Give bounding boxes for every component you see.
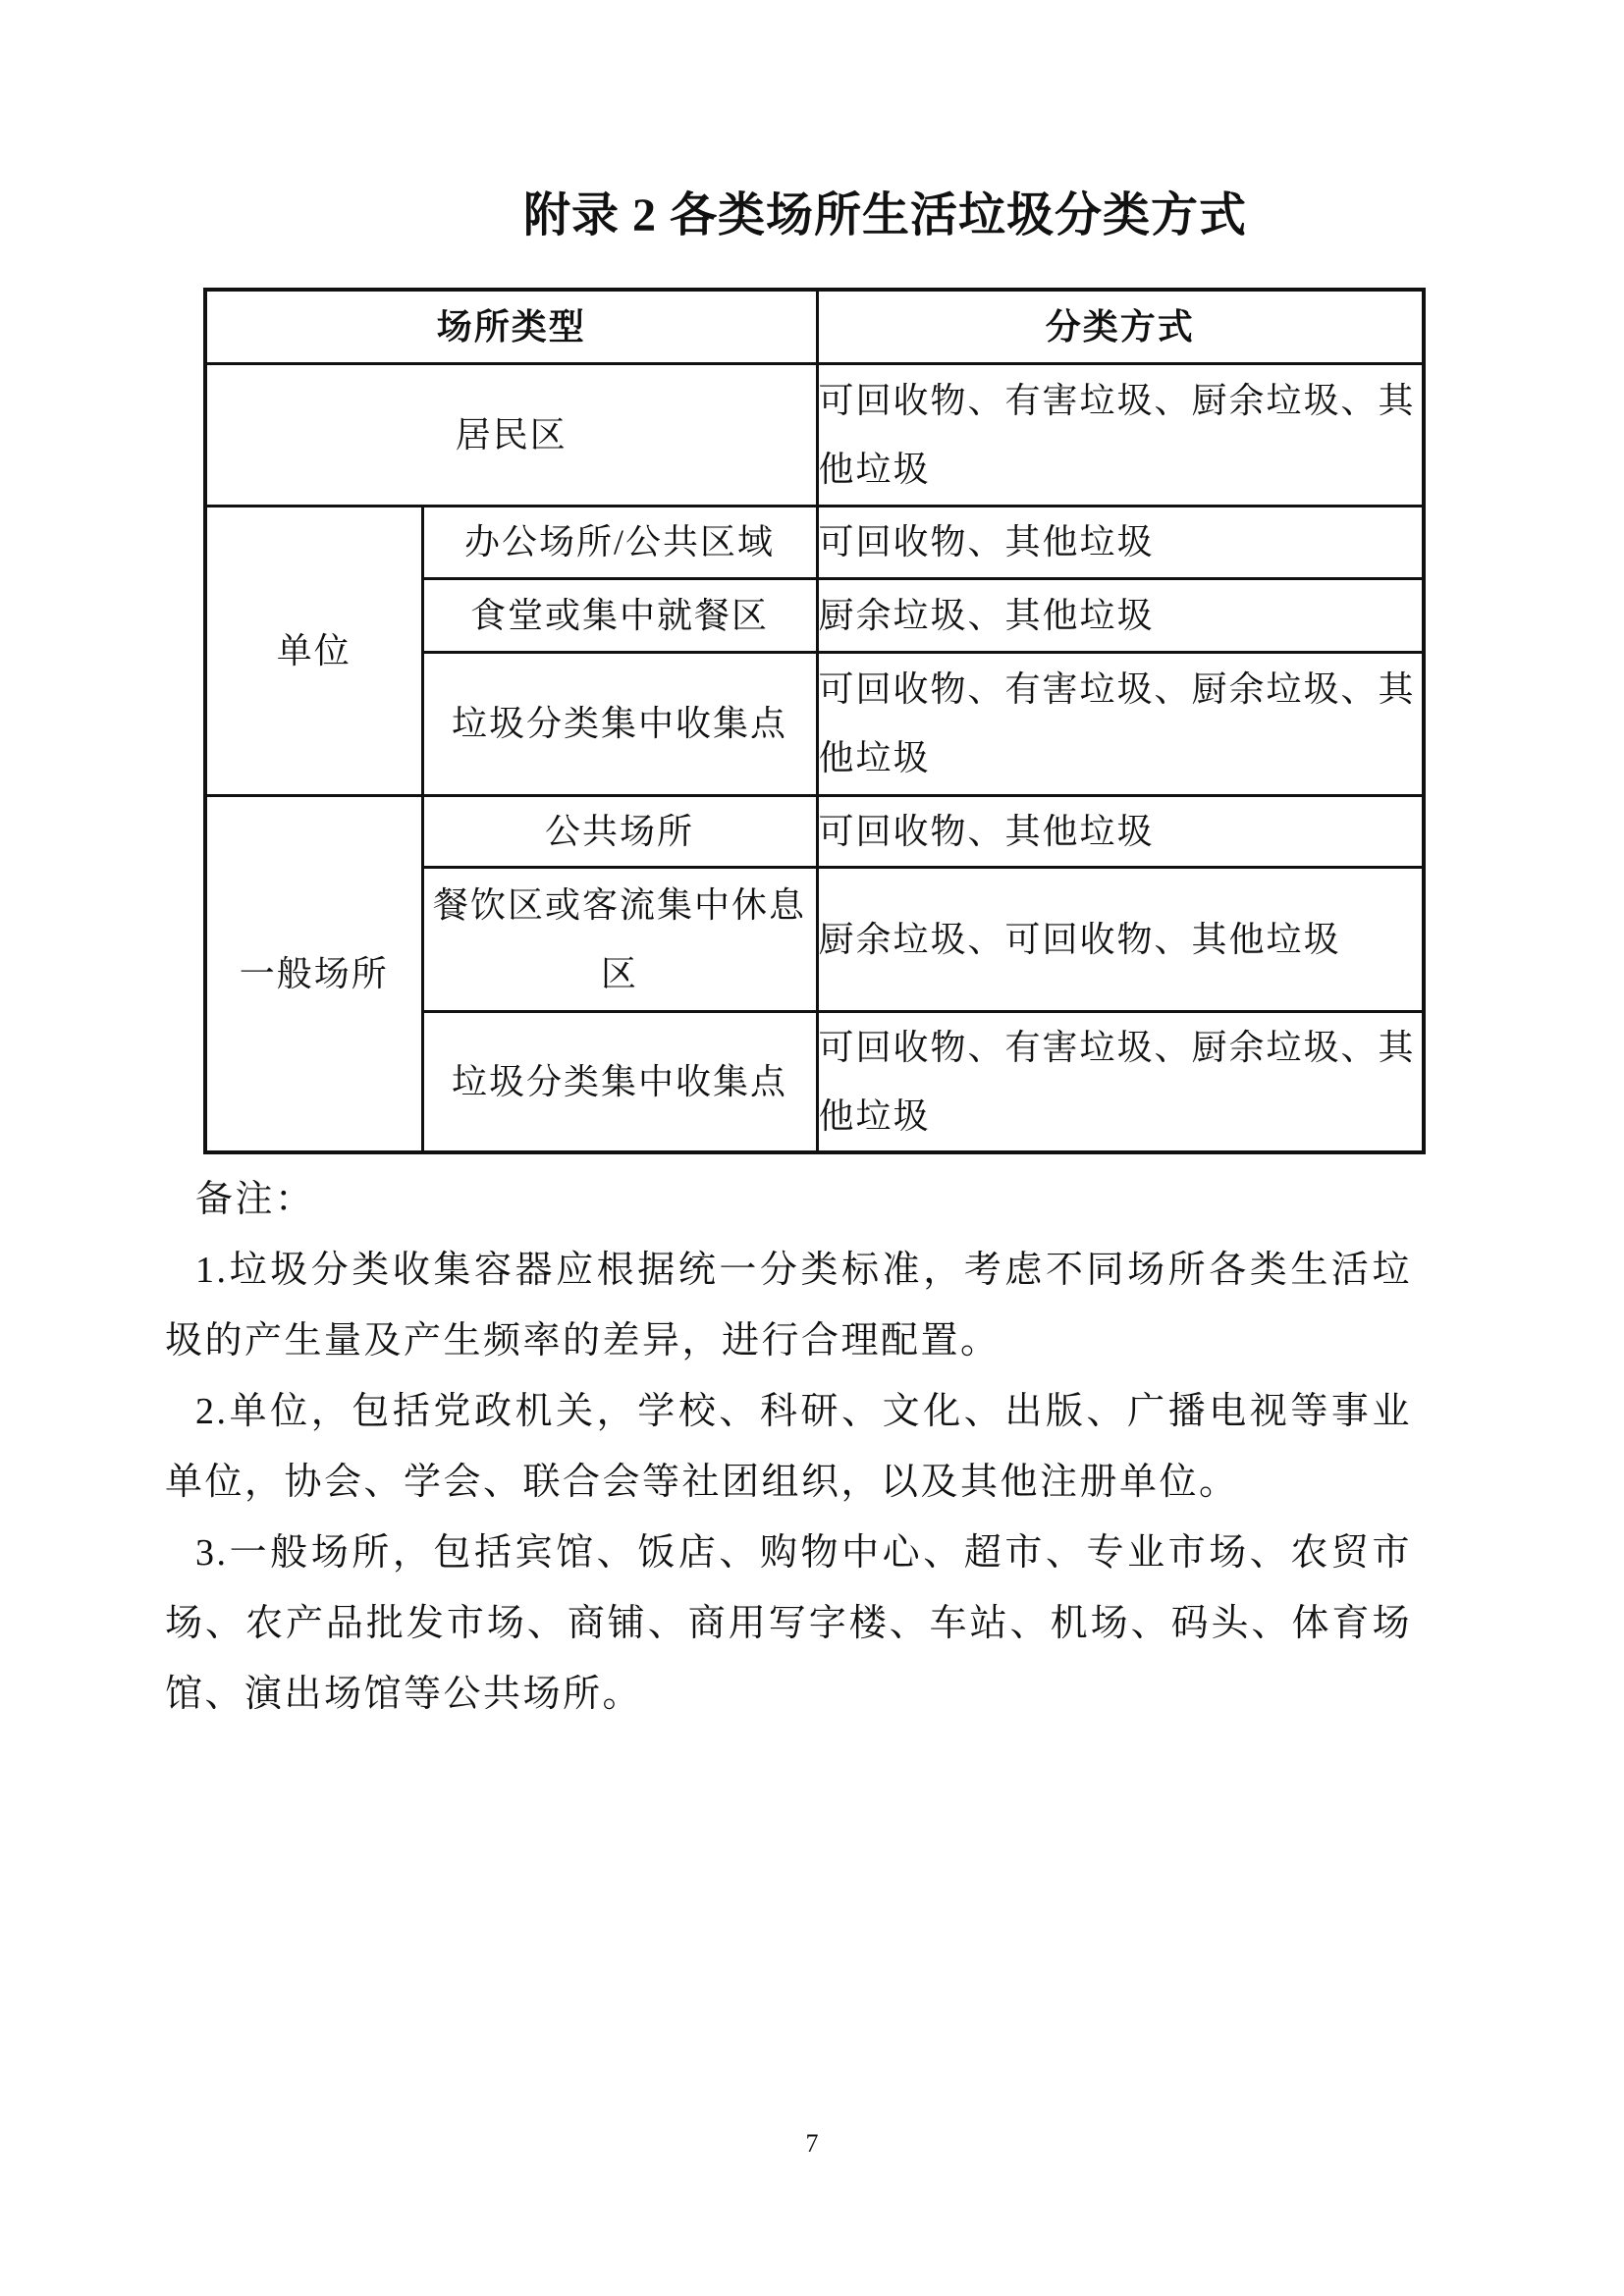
group-cell-unit: 单位 bbox=[205, 506, 422, 795]
note-item-3: 3.一般场所，包括宾馆、饭店、购物中心、超市、专业市场、农贸市场、农产品批发市场… bbox=[165, 1518, 1412, 1730]
classification-cell: 可回收物、有害垃圾、厨余垃圾、其他垃圾 bbox=[817, 652, 1424, 795]
header-venue-type: 场所类型 bbox=[205, 290, 817, 363]
venue-cell-public: 公共场所 bbox=[422, 795, 817, 867]
table-row: 单位 办公场所/公共区域 可回收物、其他垃圾 bbox=[205, 506, 1424, 578]
note-item-1: 1.垃圾分类收集容器应根据统一分类标准，考虑不同场所各类生活垃圾的产生量及产生频… bbox=[165, 1235, 1412, 1376]
classification-cell: 可回收物、其他垃圾 bbox=[817, 506, 1424, 578]
classification-cell: 厨余垃圾、可回收物、其他垃圾 bbox=[817, 867, 1424, 1011]
venue-cell-canteen: 食堂或集中就餐区 bbox=[422, 578, 817, 652]
venue-cell-collection-point: 垃圾分类集中收集点 bbox=[422, 1011, 817, 1152]
notes-heading: 备注： bbox=[165, 1164, 1412, 1235]
group-cell-general: 一般场所 bbox=[205, 795, 422, 1152]
note-item-2: 2.单位，包括党政机关，学校、科研、文化、出版、广播电视等事业单位，协会、学会、… bbox=[165, 1376, 1412, 1518]
waste-classification-table: 场所类型 分类方式 居民区 可回收物、有害垃圾、厨余垃圾、其他垃圾 单位 办公场… bbox=[203, 288, 1426, 1154]
venue-cell-dining-rest: 餐饮区或客流集中休息区 bbox=[422, 867, 817, 1011]
classification-cell: 可回收物、有害垃圾、厨余垃圾、其他垃圾 bbox=[817, 363, 1424, 506]
table-row: 居民区 可回收物、有害垃圾、厨余垃圾、其他垃圾 bbox=[205, 363, 1424, 506]
table-header-row: 场所类型 分类方式 bbox=[205, 290, 1424, 363]
classification-cell: 厨余垃圾、其他垃圾 bbox=[817, 578, 1424, 652]
header-classification: 分类方式 bbox=[817, 290, 1424, 363]
document-page: { "page": { "title": "附录 2 各类场所生活垃圾分类方式"… bbox=[0, 0, 1624, 2296]
table-row: 一般场所 公共场所 可回收物、其他垃圾 bbox=[205, 795, 1424, 867]
venue-cell-residential: 居民区 bbox=[205, 363, 817, 506]
page-number: 7 bbox=[0, 2126, 1624, 2162]
classification-cell: 可回收物、其他垃圾 bbox=[817, 795, 1424, 867]
page-title: 附录 2 各类场所生活垃圾分类方式 bbox=[523, 187, 1247, 245]
classification-cell: 可回收物、有害垃圾、厨余垃圾、其他垃圾 bbox=[817, 1011, 1424, 1152]
notes-section: 备注： 1.垃圾分类收集容器应根据统一分类标准，考虑不同场所各类生活垃圾的产生量… bbox=[165, 1164, 1412, 1730]
venue-cell-collection-point: 垃圾分类集中收集点 bbox=[422, 652, 817, 795]
venue-cell-office: 办公场所/公共区域 bbox=[422, 506, 817, 578]
